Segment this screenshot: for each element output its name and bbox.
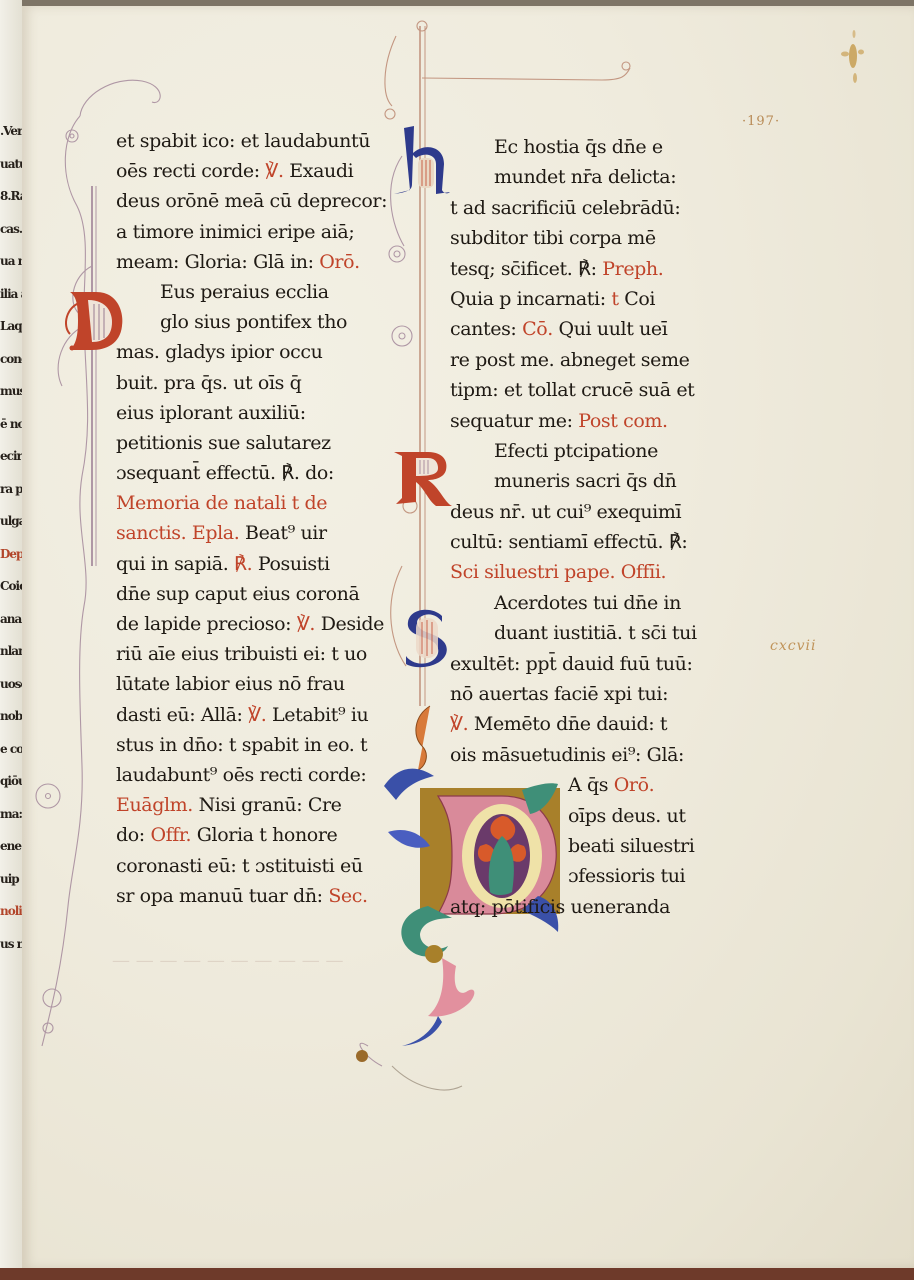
folio-number: ·197· <box>742 114 780 129</box>
rubric-text: ℣. <box>297 613 315 635</box>
facing-page-fragment: ua nobi <box>0 254 22 268</box>
facing-page-fragment: Coicu <box>0 579 22 593</box>
facing-page-fragment: Laqua <box>0 319 22 333</box>
facing-page-fragment: qiōui <box>0 774 22 788</box>
text-line: et spabit ico: et laudabuntū <box>116 126 408 156</box>
rubric-text: Euāglm. <box>116 794 193 816</box>
body-text: sequatur me: <box>450 410 578 432</box>
roman-foliation: cxcvii <box>770 638 816 654</box>
text-line: sanctis. Epla. Beat⁹ uir <box>116 518 408 548</box>
right-text-column: Ec hostia q̄s dn̄e emundet nr̄a delicta:… <box>450 132 750 922</box>
body-text: deus nr̄. ut cui⁹ exequimī <box>450 501 681 523</box>
initial-h-blue <box>390 124 450 196</box>
facing-page-fragment: Depi <box>0 547 22 561</box>
facing-page-fragment: ra pah <box>0 482 22 496</box>
text-line: Eus peraius ecclia <box>116 277 408 307</box>
rubric-text: Memoria de natali t de <box>116 492 327 514</box>
text-line: Memoria de natali t de <box>116 488 408 518</box>
text-line: atq; pōtificis ueneranda <box>450 892 750 922</box>
text-line: ɔfessioris tui <box>450 861 750 891</box>
body-text: re post me. abneget seme <box>450 349 689 371</box>
facing-page-fragment: conoru <box>0 352 22 366</box>
text-line: ℣. Memēto dn̄e dauid: t <box>450 709 750 739</box>
body-text: Gloria t honore <box>191 824 337 846</box>
facing-page-fragment: uosob <box>0 677 22 691</box>
text-line: glo sius pontifex tho <box>116 307 408 337</box>
facing-page-fragment: cas.Er <box>0 222 22 236</box>
text-line: cultū: sentiamī effectū. ℟: <box>450 527 750 557</box>
body-text: a timore inimici eripe aiā; <box>116 221 354 243</box>
body-text: muneris sacri q̄s dn̄ <box>494 470 676 492</box>
body-text: dn̄e sup caput eius coronā <box>116 583 359 605</box>
body-text: exultēt: ppt̄ dauid fuū tuū: <box>450 653 693 675</box>
text-line: muneris sacri q̄s dn̄ <box>450 466 750 496</box>
facing-page-fragment: ma:e <box>0 807 22 821</box>
text-line: Ec hostia q̄s dn̄e e <box>450 132 750 162</box>
rubric-text: ℟. <box>234 553 252 575</box>
body-text: qui in sapiā. <box>116 553 234 575</box>
body-text: lūtate labior eius nō frau <box>116 673 345 695</box>
body-text: mundet nr̄a delicta: <box>494 166 676 188</box>
facing-page-fragment: nobise <box>0 709 22 723</box>
body-text: t ad sacrificiū celebrādū: <box>450 197 680 219</box>
text-line: riū aīe eius tribuisti ei: t uo <box>116 639 408 669</box>
body-text: Exaudi <box>284 160 354 182</box>
facing-page-fragment: .Ver in <box>0 124 22 138</box>
text-line: deus nr̄. ut cui⁹ exequimī <box>450 497 750 527</box>
body-text: Acerdotes tui dn̄e in <box>494 592 681 614</box>
body-text: de lapide precioso: <box>116 613 297 635</box>
body-text: cantes: <box>450 318 522 340</box>
body-text: meam: Gloria: Glā in: <box>116 251 319 273</box>
facing-page-fragment: nlams <box>0 644 22 658</box>
facing-page-fragment: us m <box>0 937 22 951</box>
body-text: et spabit ico: et laudabuntū <box>116 130 370 152</box>
text-line: buit. pra q̄s. ut oīs q̄ <box>116 368 408 398</box>
facing-page-fragment: uatus <box>0 157 22 171</box>
body-text: coronasti eū: t ɔstituisti eū <box>116 855 363 877</box>
rubric-text: Sci siluestri pape. Offīi. <box>450 561 666 583</box>
body-text: petitionis sue salutarez <box>116 432 331 454</box>
rubric-text: Offr. <box>150 824 191 846</box>
text-line: Quia p incarnati: t Coi <box>450 284 750 314</box>
body-text: tesq; sc̄ificet. ℟: <box>450 258 602 280</box>
body-text: ɔfessioris tui <box>568 865 685 887</box>
body-text: eius iplorant auxiliū: <box>116 402 306 424</box>
text-line: dn̄e sup caput eius coronā <box>116 579 408 609</box>
body-text: Memēto dn̄e dauid: t <box>468 713 667 735</box>
body-text: stus in dn̄o: t spabit in eo. t <box>116 734 367 756</box>
body-text: beati siluestri <box>568 835 694 857</box>
text-line: nō auertas faciē xpi tui: <box>450 679 750 709</box>
body-text: Qui uult ueī <box>553 318 668 340</box>
text-line: t ad sacrificiū celebrādū: <box>450 193 750 223</box>
text-line: ɔsequant̄ effectū. ℟. do: <box>116 458 408 488</box>
text-line: ois māsuetudinis ei⁹: Glā: <box>450 740 750 770</box>
rubric-text: Orō. <box>319 251 360 273</box>
facing-page-fragment: ana ar <box>0 612 22 626</box>
facing-page-fragment: ecir oi <box>0 449 22 463</box>
rubric-text: Post com. <box>578 410 667 432</box>
facing-page-fragment: e conu <box>0 742 22 756</box>
text-line: Efecti ptcipatione <box>450 436 750 466</box>
facing-page-fragment: 8.Rabi <box>0 189 22 203</box>
body-text: laudabunt⁹ oēs recti corde: <box>116 764 366 786</box>
facing-page-fragment: noli <box>0 904 22 918</box>
body-text: atq; pōtificis ueneranda <box>450 896 670 918</box>
facing-page-fragment: ene <box>0 839 21 853</box>
body-text: subditor tibi corpa mē <box>450 227 656 249</box>
body-text: Posuisti <box>252 553 329 575</box>
facing-page-edge: .Ver inuatus8.Rabicas.Erua nobiilia amLa… <box>0 0 22 1270</box>
text-line: A q̄s Orō. <box>450 770 750 800</box>
initial-r-red <box>388 448 454 510</box>
text-line: mundet nr̄a delicta: <box>450 162 750 192</box>
text-line: Acerdotes tui dn̄e in <box>450 588 750 618</box>
text-line: subditor tibi corpa mē <box>450 223 750 253</box>
text-line: tipm: et tollat crucē suā et <box>450 375 750 405</box>
body-text: nō auertas faciē xpi tui: <box>450 683 668 705</box>
body-text: duant iustitiā. t sc̄i tui <box>494 622 697 644</box>
body-text: Letabit⁹ iu <box>266 704 368 726</box>
rubric-text: Cō. <box>522 318 553 340</box>
body-text: ois māsuetudinis ei⁹: Glā: <box>450 744 684 766</box>
rubric-text: Preph. <box>602 258 663 280</box>
body-text: dasti eū: Allā: <box>116 704 248 726</box>
body-text: sr opa manuū tuar dn̄: <box>116 885 328 907</box>
body-text: glo sius pontifex tho <box>160 311 347 333</box>
body-text: Quia p incarnati: <box>450 288 611 310</box>
body-text: ɔsequant̄ effectū. ℟. do: <box>116 462 334 484</box>
facing-page-fragment: ulgatu <box>0 514 22 528</box>
text-line: mas. gladys ipior occu <box>116 337 408 367</box>
body-text: tipm: et tollat crucē suā et <box>450 379 694 401</box>
body-text: Nisi granū: Cre <box>193 794 342 816</box>
text-line: petitionis sue salutarez <box>116 428 408 458</box>
text-line: meam: Gloria: Glā in: Orō. <box>116 247 408 277</box>
body-text: oīps deus. ut <box>568 805 686 827</box>
text-line: oīps deus. ut <box>450 801 750 831</box>
facing-page-fragment: mus.Er <box>0 384 22 398</box>
body-text: Deside <box>315 613 384 635</box>
body-text: cultū: sentiamī effectū. ℟: <box>450 531 687 553</box>
text-line: de lapide precioso: ℣. Deside <box>116 609 408 639</box>
text-line: tesq; sc̄ificet. ℟: Preph. <box>450 254 750 284</box>
body-text: Efecti ptcipatione <box>494 440 658 462</box>
offset-ghost-text: — — — — — — — — — — <box>112 950 344 971</box>
text-line: qui in sapiā. ℟. Posuisti <box>116 549 408 579</box>
body-text: deus orōnē meā cū deprecor: <box>116 190 387 212</box>
page-bottom-edge <box>0 1268 914 1280</box>
text-line: duant iustitiā. t sc̄i tui <box>450 618 750 648</box>
initial-s-blue <box>402 606 450 668</box>
facing-page-fragment: ilia am <box>0 287 22 301</box>
body-text: Beat⁹ uir <box>239 522 326 544</box>
text-line: exultēt: ppt̄ dauid fuū tuū: <box>450 649 750 679</box>
body-text: A q̄s <box>568 774 614 796</box>
body-text: Ec hostia q̄s dn̄e e <box>494 136 663 158</box>
text-line: deus orōnē meā cū deprecor: <box>116 186 408 216</box>
rubric-text: sanctis. Epla. <box>116 522 239 544</box>
rubric-text: ℣. <box>450 713 468 735</box>
text-line: re post me. abneget seme <box>450 345 750 375</box>
text-line: a timore inimici eripe aiā; <box>116 217 408 247</box>
rubric-text: ℣. <box>248 704 266 726</box>
body-text: Eus peraius ecclia <box>160 281 329 303</box>
body-text: oēs recti corde: <box>116 160 265 182</box>
facing-page-fragment: ē nobi <box>0 417 22 431</box>
rubric-text: Orō. <box>614 774 655 796</box>
body-text: Coi <box>619 288 656 310</box>
text-line: cantes: Cō. Qui uult ueī <box>450 314 750 344</box>
facing-page-fragment: uip <box>0 872 19 886</box>
text-line: sequatur me: Post com. <box>450 406 750 436</box>
body-text: do: <box>116 824 150 846</box>
text-line: oēs recti corde: ℣. Exaudi <box>116 156 408 186</box>
text-line: beati siluestri <box>450 831 750 861</box>
rubric-text: ℣. <box>265 160 283 182</box>
body-text: riū aīe eius tribuisti ei: t uo <box>116 643 367 665</box>
rubric-text: t <box>611 288 618 310</box>
body-text: mas. gladys ipior occu <box>116 341 322 363</box>
manuscript-leaf: ·197· cxcvii et spabit ico: et laudabunt… <box>22 6 914 1268</box>
body-text: buit. pra q̄s. ut oīs q̄ <box>116 372 301 394</box>
text-line: eius iplorant auxiliū: <box>116 398 408 428</box>
text-line: Sci siluestri pape. Offīi. <box>450 557 750 587</box>
